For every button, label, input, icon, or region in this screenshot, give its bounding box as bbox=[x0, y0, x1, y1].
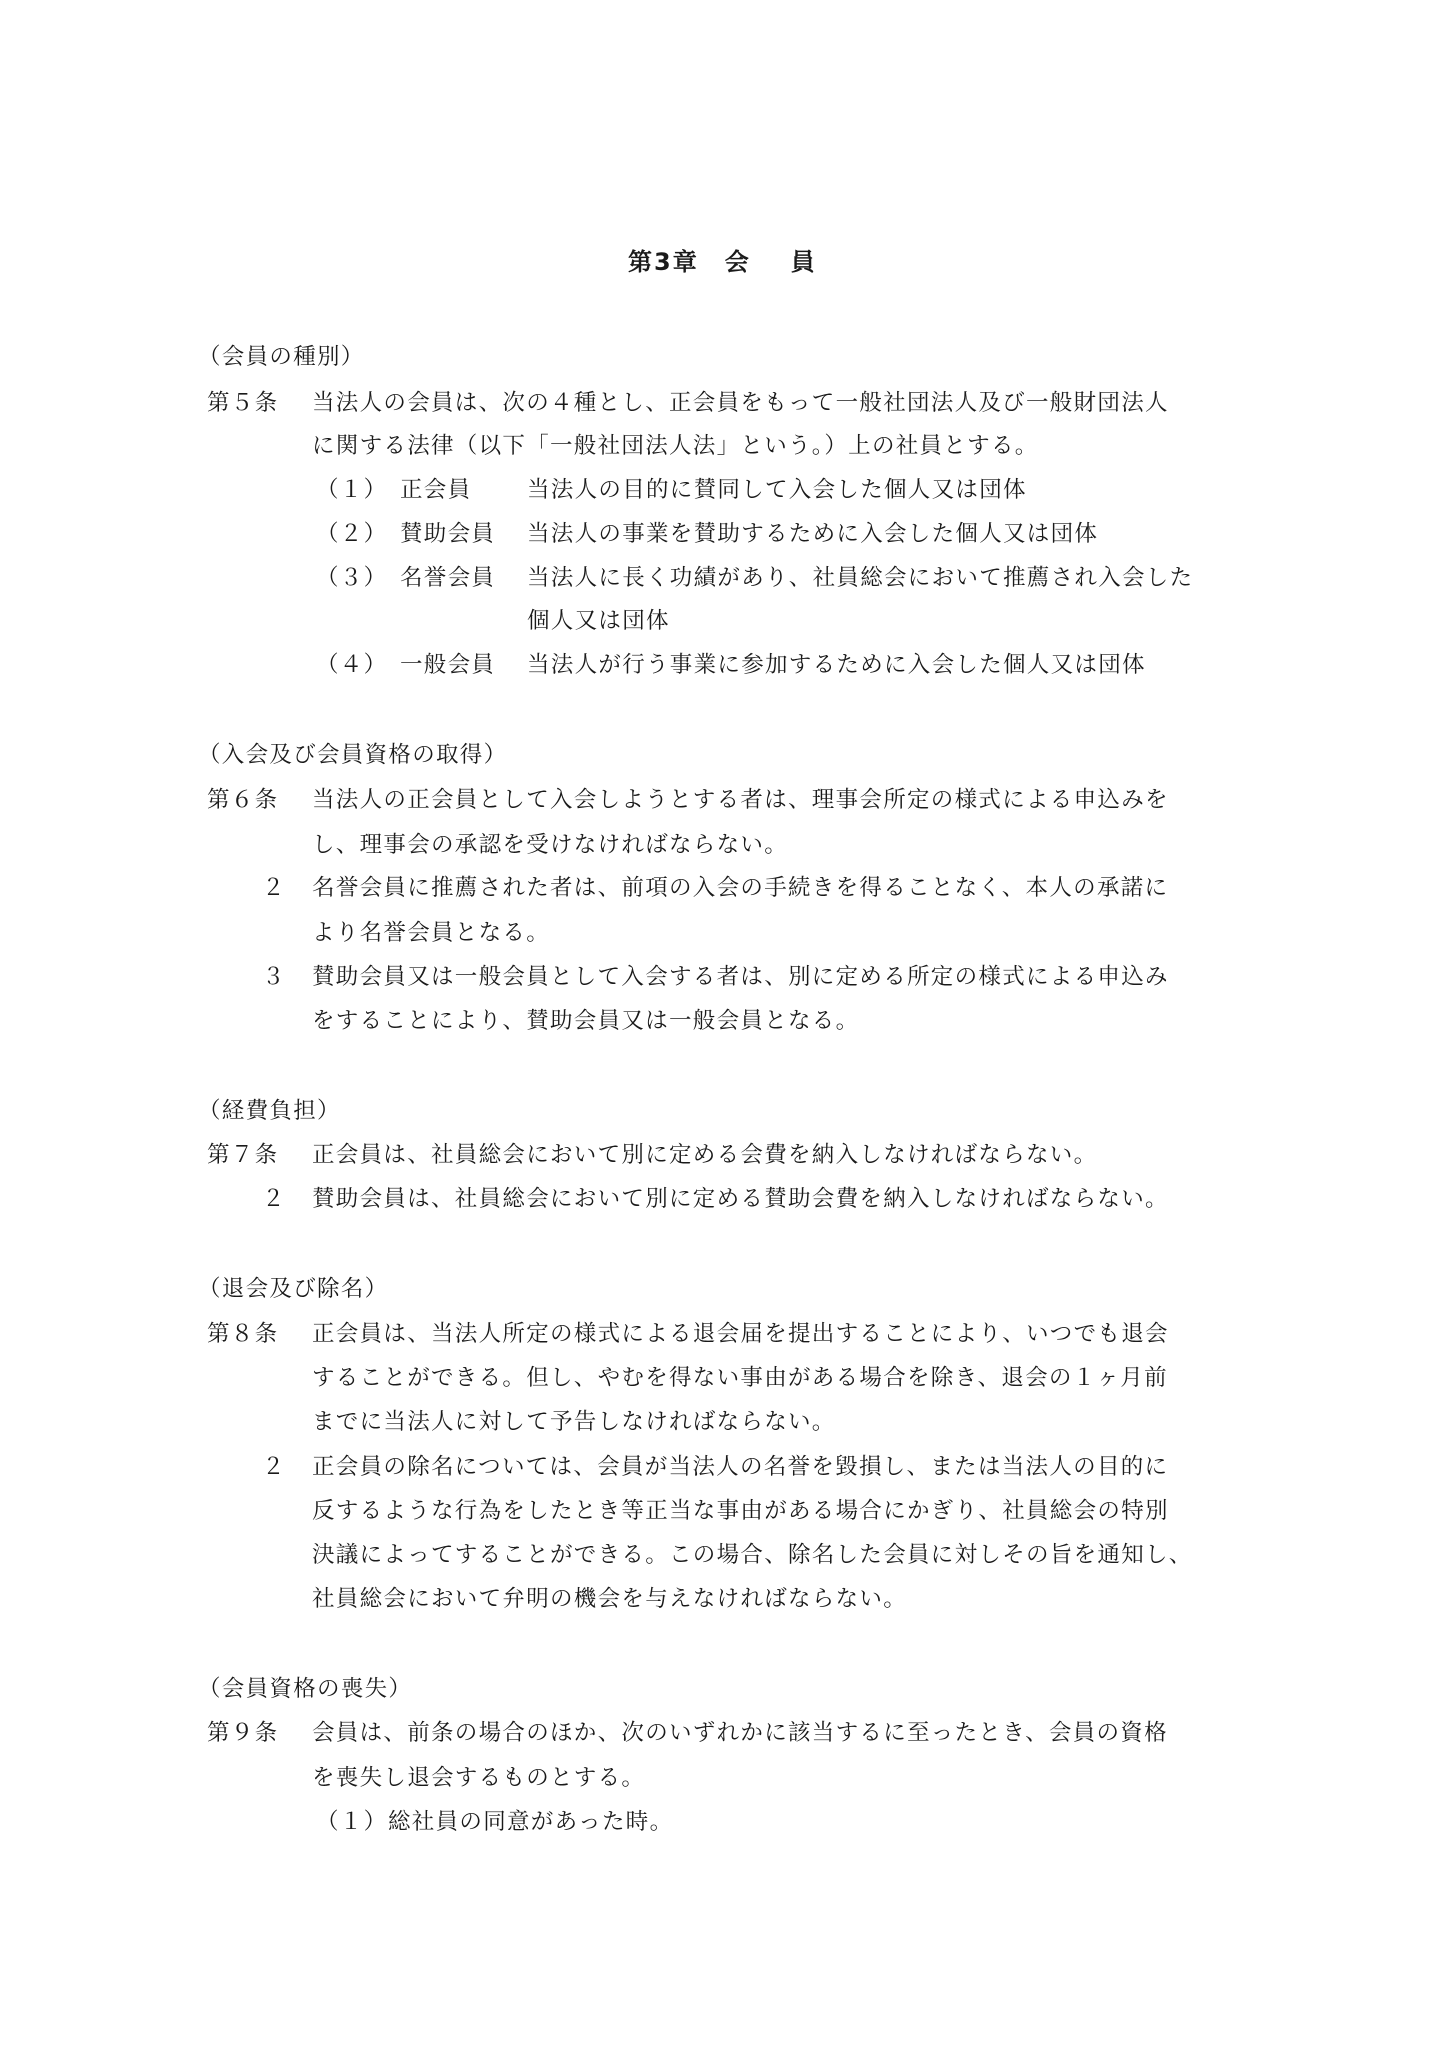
list-item-number: （２） bbox=[316, 519, 387, 549]
article-heading: （入会及び会員資格の取得） bbox=[198, 740, 507, 770]
article-number: 第５条 bbox=[207, 388, 278, 418]
chapter-title: 第3章会員 bbox=[628, 247, 817, 277]
article-line: までに当法人に対して予告しなければならない。 bbox=[312, 1407, 836, 1437]
article-heading: （退会及び除名） bbox=[198, 1274, 388, 1304]
document-page: 第3章会員 （会員の種別） 第５条 当法人の会員は、次の４種とし、正会員をもって… bbox=[0, 0, 1447, 2048]
list-item-number: （１） bbox=[316, 1807, 387, 1837]
article-line: 正会員は、当法人所定の様式による退会届を提出することにより、いつでも退会 bbox=[312, 1319, 1169, 1349]
list-item-desc: 当法人の目的に賛同して入会した個人又は団体 bbox=[527, 475, 1027, 505]
paragraph-line: 名誉会員に推薦された者は、前項の入会の手続きを得ることなく、本人の承諾に bbox=[312, 873, 1168, 903]
chapter-word-2: 員 bbox=[791, 248, 817, 276]
article-number: 第８条 bbox=[207, 1319, 278, 1349]
article-heading: （会員の種別） bbox=[198, 342, 365, 372]
paragraph-line: をすることにより、賛助会員又は一般会員となる。 bbox=[312, 1006, 859, 1036]
article-line: 当法人の正会員として入会しようとする者は、理事会所定の様式による申込みを bbox=[312, 785, 1169, 815]
list-item-desc: 当法人の事業を賛助するために入会した個人又は団体 bbox=[527, 519, 1098, 549]
paragraph-number: ２ bbox=[262, 1184, 286, 1214]
article-line: することができる。但し、やむを得ない事由がある場合を除き、退会の１ヶ月前 bbox=[312, 1363, 1168, 1393]
article-number: 第７条 bbox=[207, 1140, 278, 1170]
list-item-desc: 当法人が行う事業に参加するために入会した個人又は団体 bbox=[527, 650, 1146, 680]
paragraph-number: ２ bbox=[262, 1452, 286, 1482]
paragraph-number: ２ bbox=[262, 873, 286, 903]
article-number: 第６条 bbox=[207, 785, 278, 815]
article-heading: （経費負担） bbox=[198, 1096, 341, 1126]
paragraph-line: 決議によってすることができる。この場合、除名した会員に対しその旨を通知し、 bbox=[312, 1540, 1193, 1570]
list-item-desc: 個人又は団体 bbox=[527, 606, 670, 636]
paragraph-line: 賛助会員又は一般会員として入会する者は、別に定める所定の様式による申込み bbox=[312, 962, 1169, 992]
chapter-word-1: 会 bbox=[725, 248, 751, 276]
article-number: 第９条 bbox=[207, 1718, 278, 1748]
list-item-text: 総社員の同意があった時。 bbox=[388, 1807, 673, 1837]
article-line: 当法人の会員は、次の４種とし、正会員をもって一般社団法人及び一般財団法人 bbox=[312, 388, 1169, 418]
article-heading: （会員資格の喪失） bbox=[198, 1674, 412, 1704]
article-line: を喪失し退会するものとする。 bbox=[312, 1763, 645, 1793]
paragraph-line: 正会員の除名については、会員が当法人の名誉を毀損し、または当法人の目的に bbox=[312, 1452, 1168, 1482]
article-line: 会員は、前条の場合のほか、次のいずれかに該当するに至ったとき、会員の資格 bbox=[312, 1718, 1168, 1748]
article-line: に関する法律（以下「一般社団法人法」という。）上の社員とする。 bbox=[312, 431, 1039, 461]
paragraph-line: 反するような行為をしたとき等正当な事由がある場合にかぎり、社員総会の特別 bbox=[312, 1496, 1169, 1526]
chapter-number: 第3章 bbox=[628, 248, 699, 276]
list-item-name: 正会員 bbox=[400, 475, 471, 505]
paragraph-line: より名誉会員となる。 bbox=[312, 918, 550, 948]
paragraph-number: ３ bbox=[262, 962, 286, 992]
list-item-desc: 当法人に長く功績があり、社員総会において推薦され入会した bbox=[527, 563, 1193, 593]
list-item-name: 名誉会員 bbox=[400, 563, 495, 593]
paragraph-line: 社員総会において弁明の機会を与えなければならない。 bbox=[312, 1584, 907, 1614]
article-line: し、理事会の承認を受けなければならない。 bbox=[312, 830, 788, 860]
list-item-name: 一般会員 bbox=[400, 650, 495, 680]
list-item-number: （１） bbox=[316, 475, 387, 505]
list-item-number: （３） bbox=[316, 563, 387, 593]
list-item-name: 賛助会員 bbox=[400, 519, 495, 549]
paragraph-line: 賛助会員は、社員総会において別に定める賛助会費を納入しなければならない。 bbox=[312, 1184, 1169, 1214]
article-line: 正会員は、社員総会において別に定める会費を納入しなければならない。 bbox=[312, 1140, 1097, 1170]
list-item-number: （４） bbox=[316, 650, 387, 680]
